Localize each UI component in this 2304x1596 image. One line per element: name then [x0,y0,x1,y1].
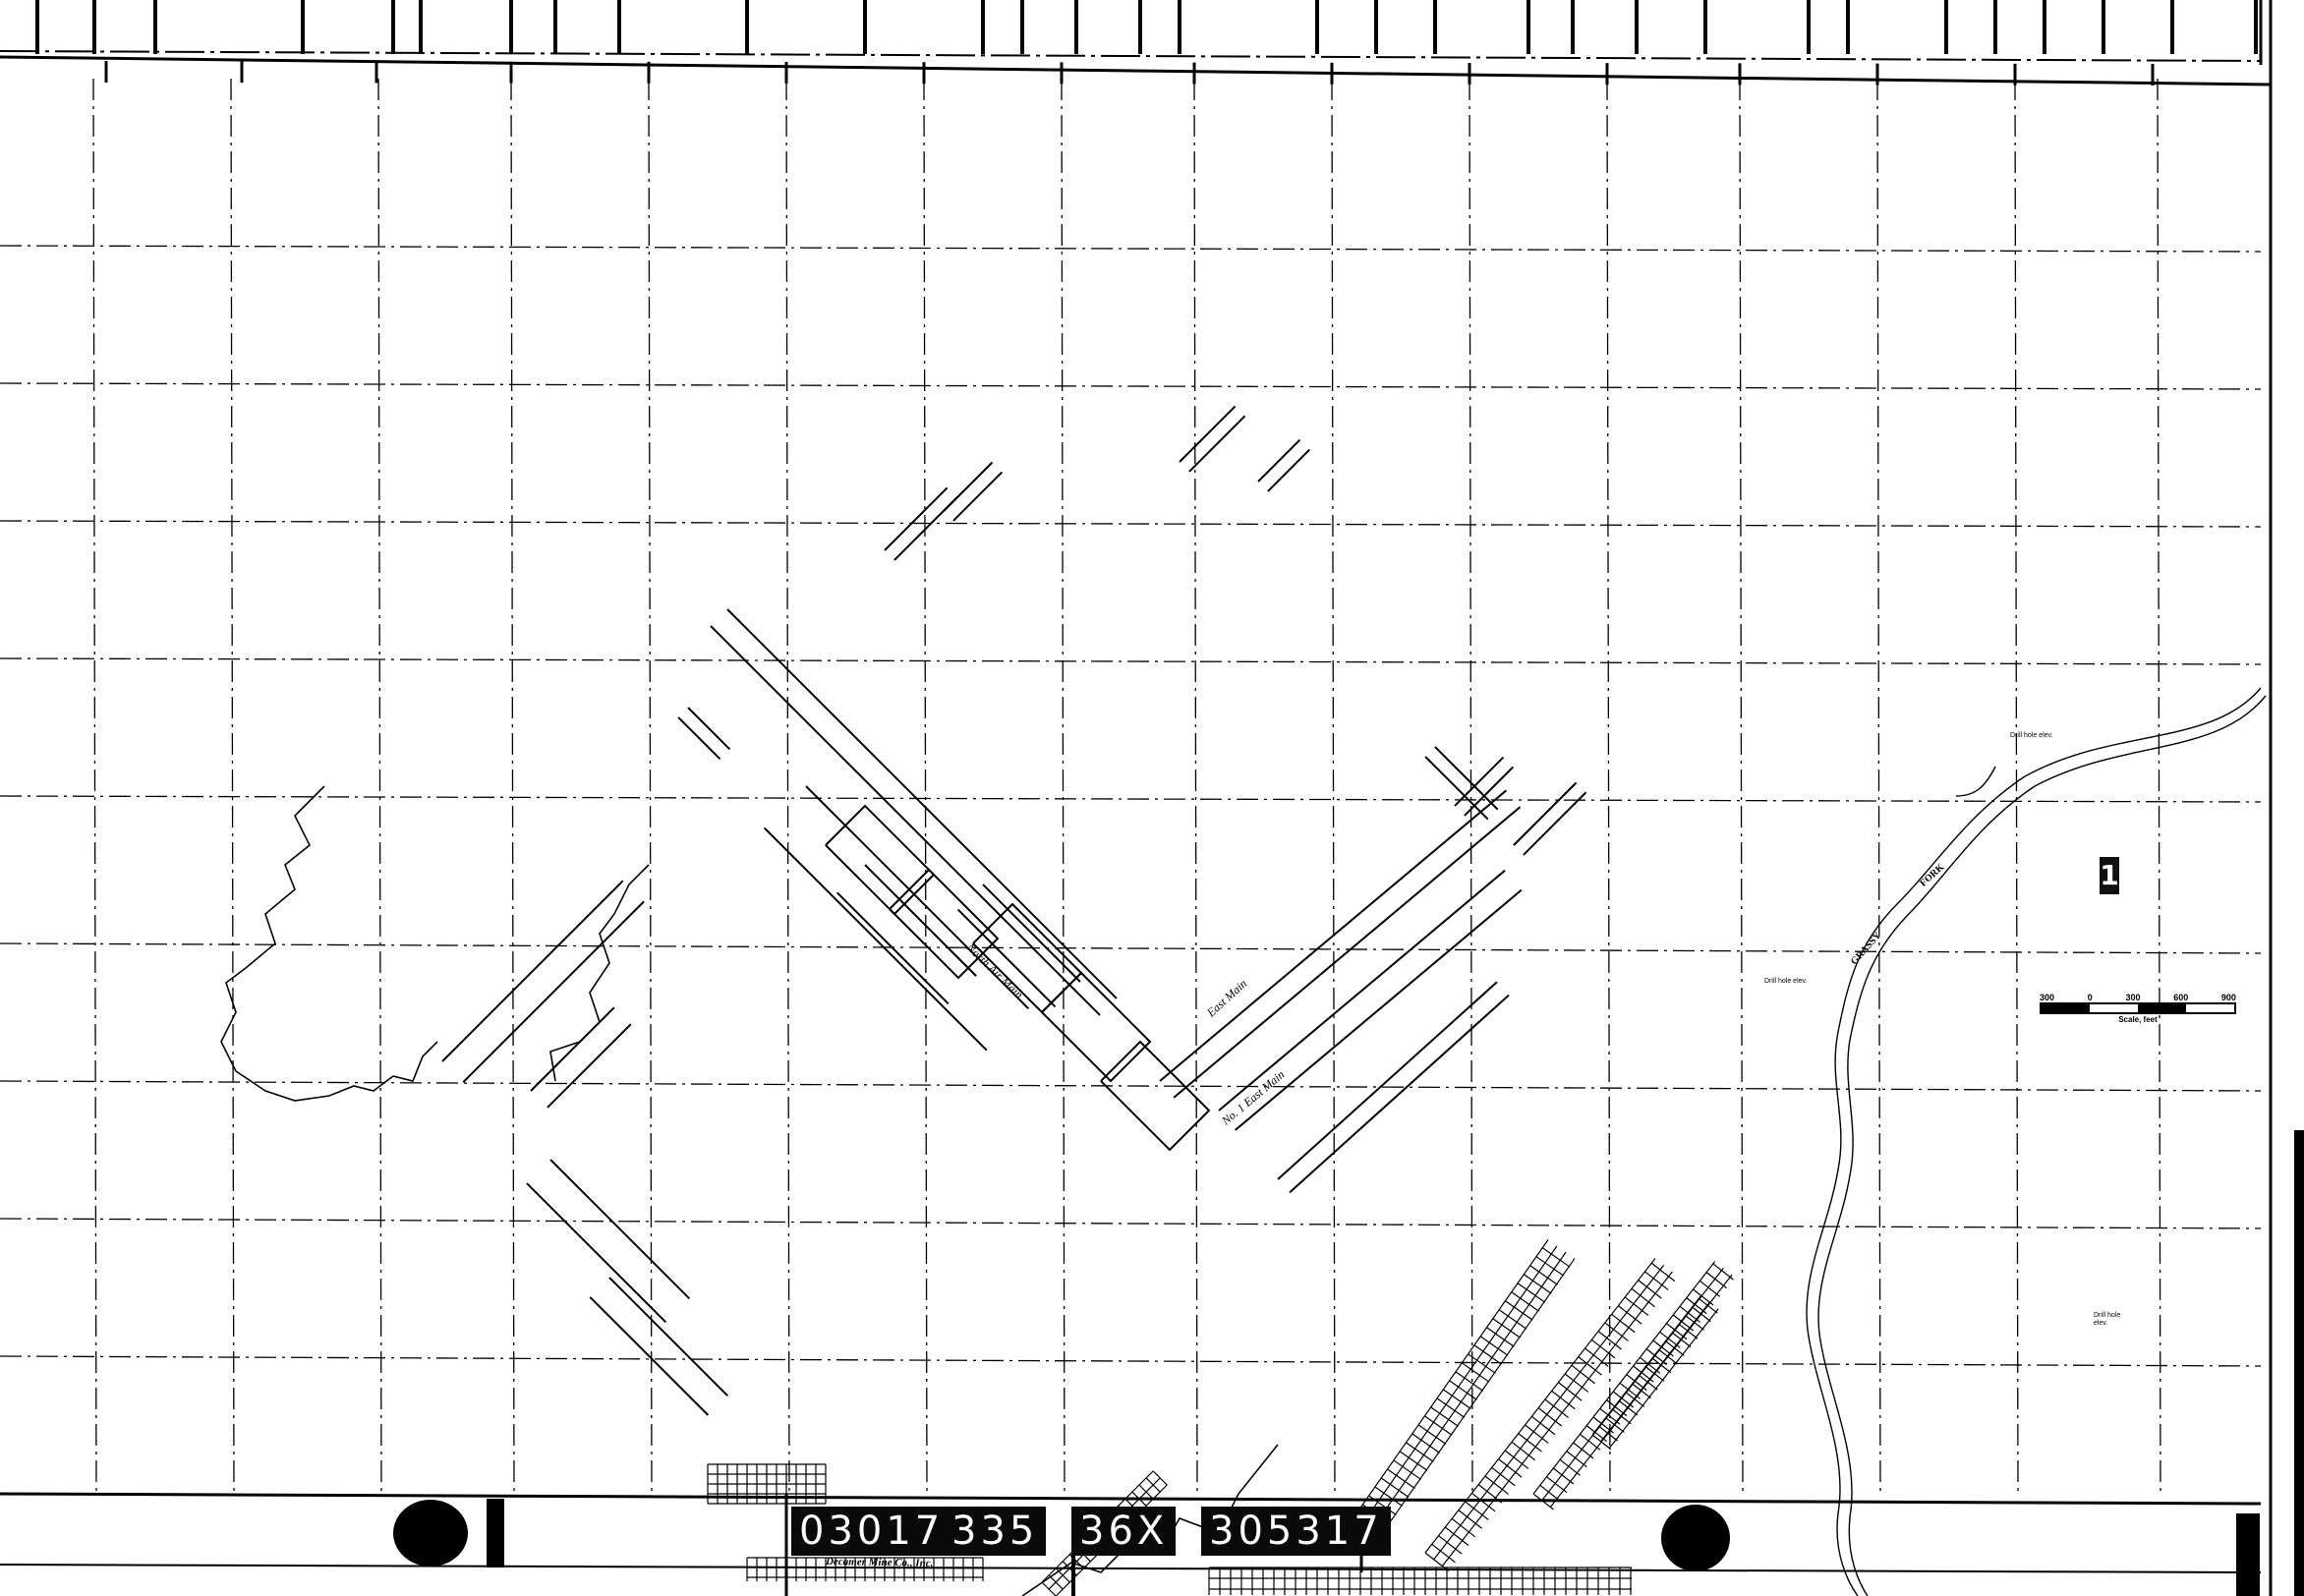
company-note: Decamer Mine Co., Inc. [826,1556,934,1569]
scale-tick: 900 [2221,993,2236,1002]
scale-caption: Scale, feet [2040,1015,2236,1024]
drill-note-right-mid: Drill hole elev. [1764,978,1809,986]
mine-map-drawing [0,0,2304,1596]
stamp-document-id: 305317 [1201,1507,1391,1556]
drill-note-upper-right: Drill hole elev. [2010,732,2059,740]
stamp-frame: 335 [944,1507,1046,1556]
stamp-reel: 03017 [791,1507,951,1556]
scale-tick: 600 [2173,993,2188,1002]
seal-left [393,1500,468,1567]
sheet-number: 1 [2100,857,2119,894]
outcrop-outline [221,786,437,1101]
scale-tick: 300 [2125,993,2140,1002]
scale-bar: 300 0 300 600 900 Scale, feet [2040,993,2236,1024]
seal-right [1661,1505,1730,1571]
stamp-format: 36X [1071,1507,1176,1556]
scale-tick: 0 [2088,993,2093,1002]
top-border [0,0,2271,85]
drill-note-lower-right: Drill hole elev. [2094,1312,2133,1328]
scale-tick: 300 [2040,993,2054,1002]
bottom-border [0,0,2271,1596]
stream [1807,688,2266,1596]
